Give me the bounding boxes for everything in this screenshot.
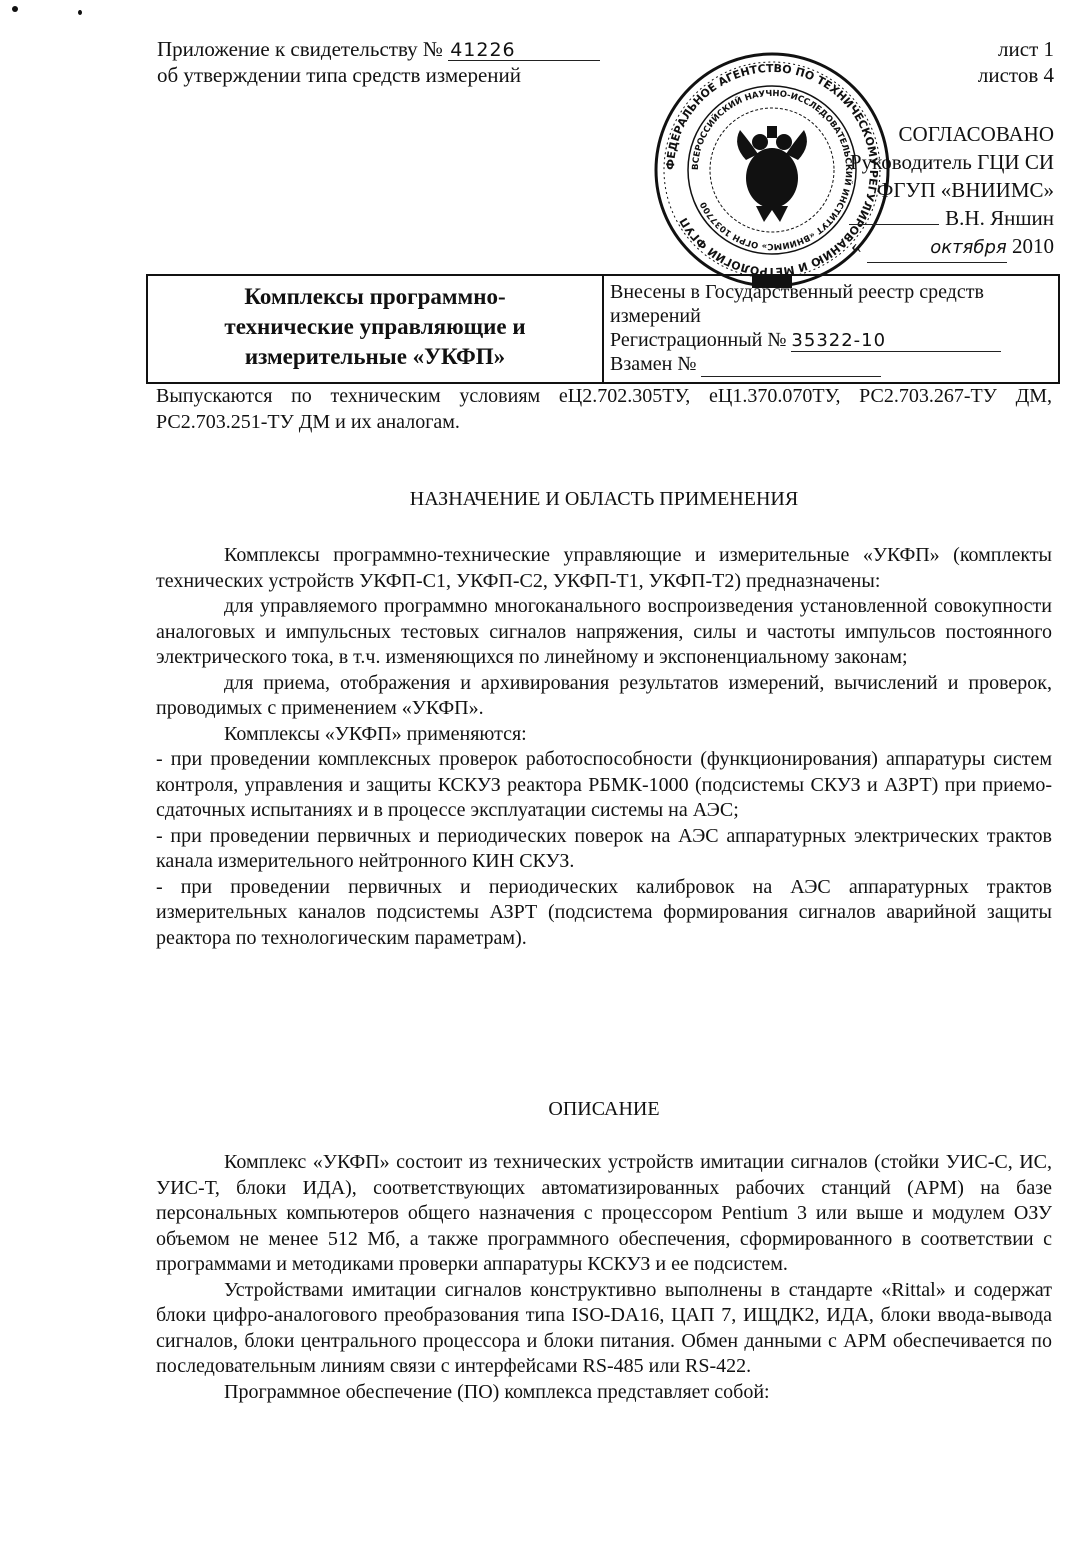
product-title-cell: Комплексы программно- технические управл… bbox=[147, 275, 603, 383]
registration-number-handwritten: 35322-10 bbox=[791, 331, 1001, 352]
sheet-info: лист 1 листов 4 bbox=[978, 36, 1054, 88]
scan-artifact-dot bbox=[12, 6, 18, 12]
product-title-line: Комплексы программно- bbox=[148, 282, 602, 312]
date-handwritten: октября bbox=[867, 234, 1007, 263]
bullet-item: - при проведении первичных и периодическ… bbox=[156, 824, 1052, 875]
replaces-blank bbox=[701, 352, 881, 377]
approval-title: СОГЛАСОВАНО bbox=[794, 120, 1054, 148]
approval-block: СОГЛАСОВАНО Руководитель ГЦИ СИ ФГУП «ВН… bbox=[794, 120, 1054, 263]
replaces-label: Взамен № bbox=[610, 353, 696, 375]
bullet-item: - при проведении первичных и периодическ… bbox=[156, 875, 1052, 952]
paragraph: Комплексы программно-технические управля… bbox=[156, 543, 1052, 594]
registration-label: Регистрационный № bbox=[610, 329, 786, 351]
section-purpose-body: Комплексы программно-технические управля… bbox=[156, 543, 1052, 951]
registry-table: Комплексы программно- технические управл… bbox=[146, 274, 1060, 384]
registry-line: Внесены в Государственный реестр средств bbox=[610, 280, 1052, 304]
paragraph: Устройствами имитации сигналов конструкт… bbox=[156, 1278, 1052, 1380]
approval-signatory: В.Н. Яншин bbox=[945, 206, 1054, 230]
registry-line: измерений bbox=[610, 304, 1052, 328]
bullet-item: - при проведении комплексных проверок ра… bbox=[156, 747, 1052, 824]
appendix-subtitle: об утверждении типа средств измерений bbox=[157, 62, 600, 88]
appendix-header: Приложение к свидетельству № 41226 об ут… bbox=[157, 36, 600, 88]
section-title-description: ОПИСАНИЕ bbox=[156, 1098, 1052, 1121]
section-description-body: Комплекс «УКФП» состоит из технических у… bbox=[156, 1150, 1052, 1405]
product-title-line: технические управляющие и bbox=[148, 312, 602, 342]
approval-position: Руководитель ГЦИ СИ bbox=[794, 148, 1054, 176]
scan-artifact-dot bbox=[78, 10, 82, 15]
intro-text: Выпускаются по техническим условиям еЦ2.… bbox=[156, 384, 1052, 435]
date-prefix: « bbox=[851, 234, 862, 258]
paragraph: Программное обеспечение (ПО) комплекса п… bbox=[156, 1380, 1052, 1406]
intro-paragraph: Выпускаются по техническим условиям еЦ2.… bbox=[156, 384, 1052, 435]
paragraph: Комплексы «УКФП» применяются: bbox=[156, 722, 1052, 748]
appendix-label: Приложение к свидетельству № bbox=[157, 37, 443, 61]
approval-year: 2010 bbox=[1012, 234, 1054, 258]
approval-organization: ФГУП «ВНИИМС» bbox=[794, 176, 1054, 204]
section-title-purpose: НАЗНАЧЕНИЕ И ОБЛАСТЬ ПРИМЕНЕНИЯ bbox=[156, 488, 1052, 511]
paragraph: для приема, отображения и архивирования … bbox=[156, 671, 1052, 722]
sheets-total: листов 4 bbox=[978, 62, 1054, 88]
registry-info-cell: Внесены в Государственный реестр средств… bbox=[603, 275, 1059, 383]
certificate-number-handwritten: 41226 bbox=[448, 40, 600, 61]
paragraph: для управляемого программно многоканальн… bbox=[156, 594, 1052, 671]
signature-line bbox=[849, 224, 939, 225]
product-title-line: измерительные «УКФП» bbox=[148, 342, 602, 372]
paragraph: Комплекс «УКФП» состоит из технических у… bbox=[156, 1150, 1052, 1278]
sheet-number: лист 1 bbox=[978, 36, 1054, 62]
